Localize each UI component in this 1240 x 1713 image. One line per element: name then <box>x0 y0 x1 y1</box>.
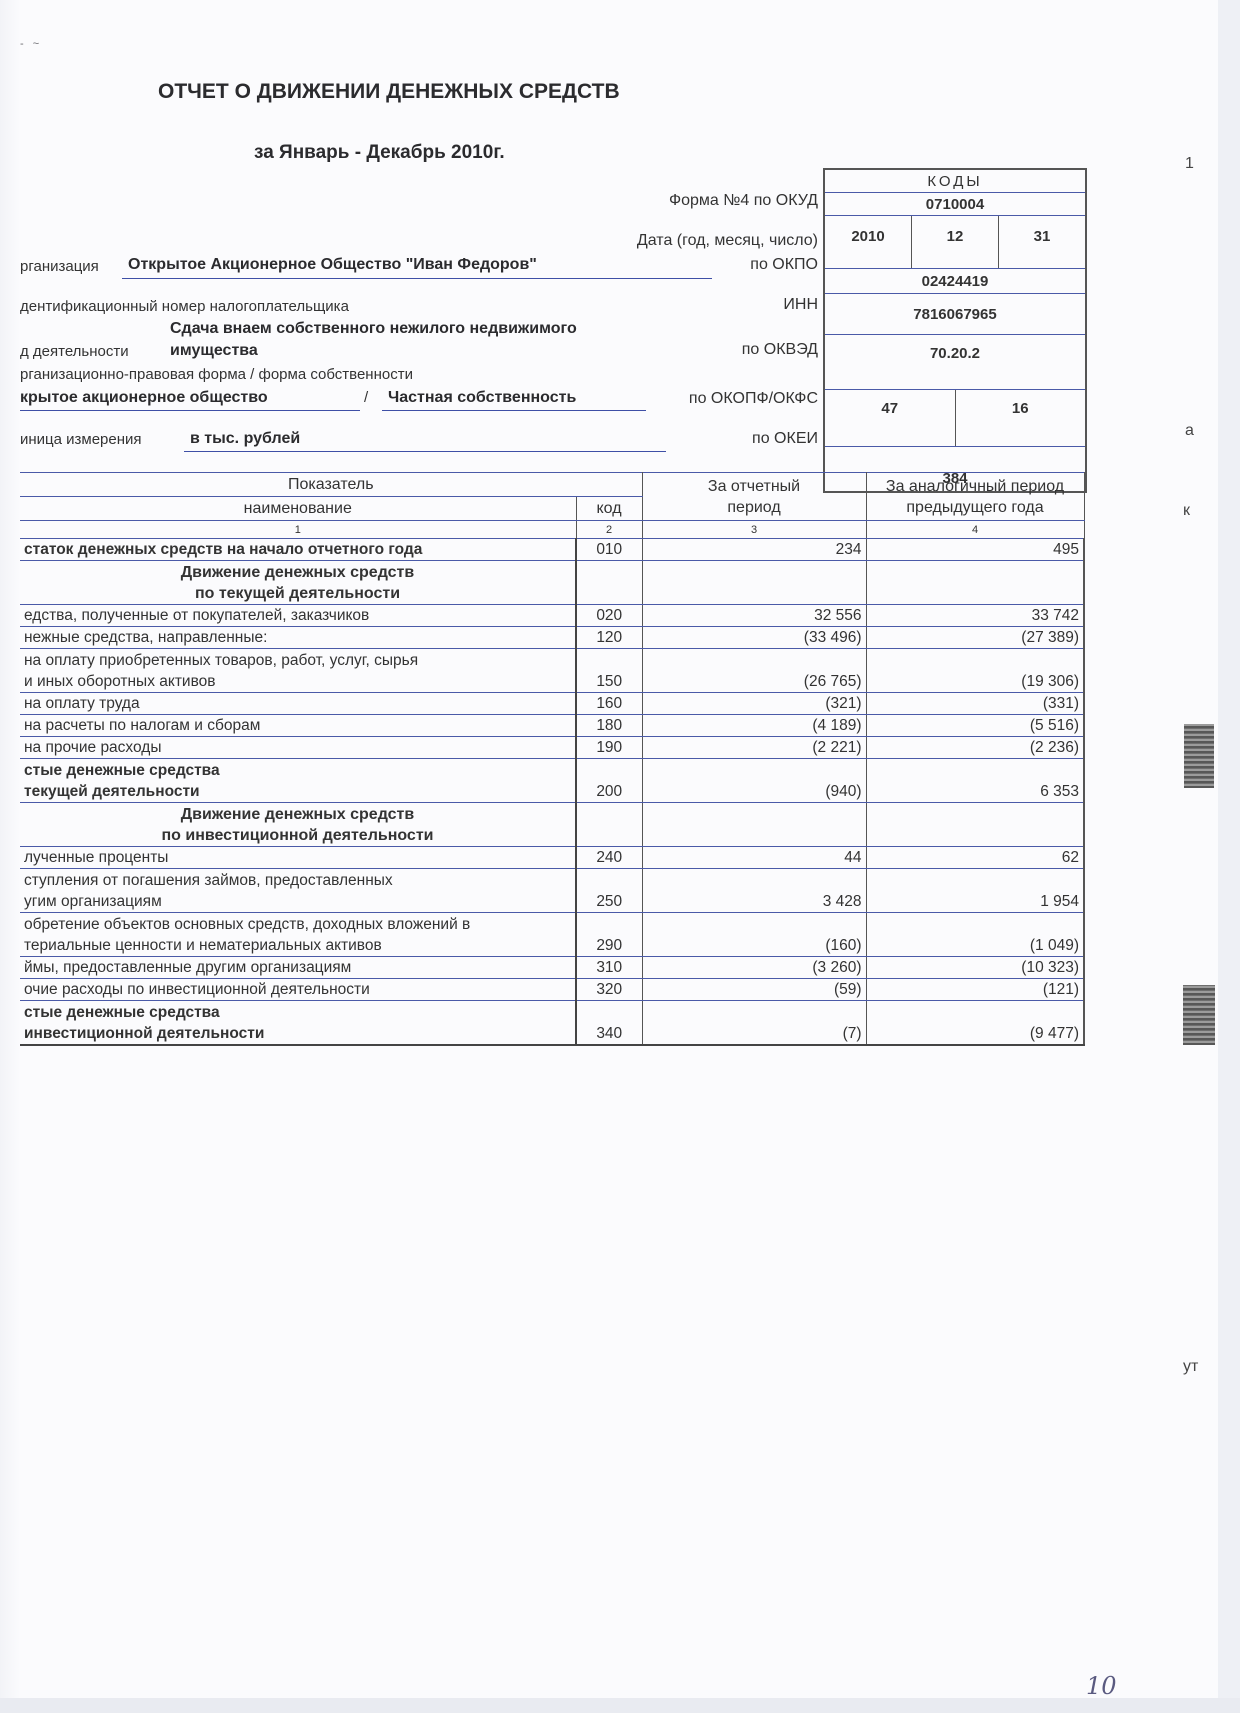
row-previous-value <box>866 561 1084 605</box>
row-code: 150 <box>576 649 642 693</box>
cash-flow-table: Показатель За отчетный период За аналоги… <box>20 472 1085 1046</box>
row-name: нежные средства, направленные: <box>20 627 576 649</box>
row-name-line: на оплату труда <box>24 693 571 714</box>
row-name-line: стые денежные средства <box>24 760 571 781</box>
scan-artifact: - ~ <box>20 38 42 50</box>
row-previous-value <box>866 803 1084 847</box>
row-current-value: 44 <box>642 847 866 869</box>
row-name: на оплату приобретенных товаров, работ, … <box>20 649 576 693</box>
row-code: 310 <box>576 957 642 979</box>
row-name: едства, полученные от покупателей, заказ… <box>20 605 576 627</box>
scan-smudge <box>1183 985 1215 1045</box>
date-year: 2010 <box>825 216 911 268</box>
row-name-line: териальные ценности и нематериальных акт… <box>24 935 571 956</box>
table-row: лученные проценты2404462 <box>20 847 1084 869</box>
row-current-value: (2 221) <box>642 737 866 759</box>
row-previous-value: (121) <box>866 979 1084 1001</box>
scan-edge-right <box>1218 0 1240 1713</box>
row-name: на прочие расходы <box>20 737 576 759</box>
organization-underline <box>122 278 712 279</box>
section-header-row: Движение денежных средствпо инвестиционн… <box>20 803 1084 847</box>
row-name-line: на прочие расходы <box>24 737 571 758</box>
table-row: ймы, предоставленные другим организациям… <box>20 957 1084 979</box>
row-code: 180 <box>576 715 642 737</box>
row-name-line: едства, полученные от покупателей, заказ… <box>24 605 571 626</box>
inn-code-label: ИНН <box>700 296 818 314</box>
codes-block: КОДЫ 0710004 2010 12 31 02424419 7816067… <box>823 168 1087 493</box>
table-row: на оплату приобретенных товаров, работ, … <box>20 649 1084 693</box>
col-number-1: 1 <box>20 521 576 539</box>
row-name-line: статок денежных средств на начало отчетн… <box>24 539 571 560</box>
row-code: 200 <box>576 759 642 803</box>
row-name-line: на расчеты по налогам и сборам <box>24 715 571 736</box>
page-number: 10 <box>1086 1672 1117 1700</box>
activity-value-line1: Сдача внаем собственного нежилого недвиж… <box>170 320 577 338</box>
legal-form-label: рганизационно-правовая форма / форма соб… <box>20 366 413 383</box>
section-title-line: Движение денежных средств <box>24 804 571 825</box>
legal-form-value: крытое акционерное общество <box>20 389 268 407</box>
okei-label: по ОКЕИ <box>680 430 818 448</box>
row-name-line: нежные средства, направленные: <box>24 627 571 648</box>
ownership-value: Частная собственность <box>388 389 576 407</box>
row-previous-value: 33 742 <box>866 605 1084 627</box>
row-code: 160 <box>576 693 642 715</box>
row-previous-value: (5 516) <box>866 715 1084 737</box>
activity-value-line2: имущества <box>170 342 258 360</box>
row-name: на расчеты по налогам и сборам <box>20 715 576 737</box>
ownership-underline <box>382 410 646 411</box>
header-previous-line1: За аналогичный период <box>871 476 1080 497</box>
table-row: на оплату труда160(321)(331) <box>20 693 1084 715</box>
row-current-value: (7) <box>642 1001 866 1045</box>
row-name-line: обретение объектов основных средств, дох… <box>24 914 571 935</box>
row-previous-value: (1 049) <box>866 913 1084 957</box>
row-current-value: (940) <box>642 759 866 803</box>
row-name: обретение объектов основных средств, дох… <box>20 913 576 957</box>
header-previous-period: За аналогичный период предыдущего года <box>866 473 1084 521</box>
okpo-code: 02424419 <box>825 269 1085 293</box>
activity-label: д деятельности <box>20 343 129 360</box>
table-row: ступления от погашения займов, предостав… <box>20 869 1084 913</box>
codes-header: КОДЫ <box>825 170 1085 192</box>
margin-bleed-text: 1 <box>1185 155 1194 173</box>
row-code: 320 <box>576 979 642 1001</box>
row-current-value: 234 <box>642 539 866 561</box>
section-title: Движение денежных средствпо инвестиционн… <box>20 803 576 847</box>
table-row: обретение объектов основных средств, дох… <box>20 913 1084 957</box>
inn-code: 7816067965 <box>825 294 1085 334</box>
row-previous-value: (27 389) <box>866 627 1084 649</box>
row-code <box>576 561 642 605</box>
table-row: стые денежные средстваинвестиционной дея… <box>20 1001 1084 1045</box>
legal-form-underline <box>20 410 360 411</box>
col-number-4: 4 <box>866 521 1084 539</box>
row-previous-value: (19 306) <box>866 649 1084 693</box>
row-name-line: ймы, предоставленные другим организациям <box>24 957 571 978</box>
section-title-line: по текущей деятельности <box>24 583 571 604</box>
okfs-code: 16 <box>955 390 1086 446</box>
row-name: ступления от погашения займов, предостав… <box>20 869 576 913</box>
row-name: очие расходы по инвестиционной деятельно… <box>20 979 576 1001</box>
row-previous-value: 62 <box>866 847 1084 869</box>
row-code: 010 <box>576 539 642 561</box>
row-code <box>576 803 642 847</box>
col-number-2: 2 <box>576 521 642 539</box>
date-label: Дата (год, месяц, число) <box>520 232 818 250</box>
row-current-value: 32 556 <box>642 605 866 627</box>
scan-edge-bottom <box>0 1698 1240 1713</box>
row-current-value <box>642 561 866 605</box>
document-title: ОТЧЕТ О ДВИЖЕНИИ ДЕНЕЖНЫХ СРЕДСТВ <box>158 80 620 104</box>
header-current-period: За отчетный период <box>642 473 866 521</box>
row-name-line: инвестиционной деятельности <box>24 1023 571 1044</box>
row-name: ймы, предоставленные другим организациям <box>20 957 576 979</box>
row-current-value: (160) <box>642 913 866 957</box>
row-current-value: 3 428 <box>642 869 866 913</box>
margin-bleed-text: а <box>1185 422 1194 440</box>
row-current-value: (33 496) <box>642 627 866 649</box>
section-header-row: Движение денежных средствпо текущей деят… <box>20 561 1084 605</box>
table-row: стые денежные средстватекущей деятельнос… <box>20 759 1084 803</box>
unit-label: иница измерения <box>20 431 142 448</box>
okud-code: 0710004 <box>825 193 1085 215</box>
header-code: код <box>576 497 642 521</box>
okopf-code: 47 <box>825 390 955 446</box>
organization-label: рганизация <box>20 258 99 275</box>
row-previous-value: (9 477) <box>866 1001 1084 1045</box>
row-code: 240 <box>576 847 642 869</box>
margin-bleed-text: ут <box>1183 1358 1198 1376</box>
table-row: нежные средства, направленные:120(33 496… <box>20 627 1084 649</box>
row-name: стые денежные средстваинвестиционной дея… <box>20 1001 576 1045</box>
organization-name: Открытое Акционерное Общество "Иван Федо… <box>128 256 537 274</box>
row-code: 020 <box>576 605 642 627</box>
scan-edge-left <box>0 0 20 1713</box>
header-current-line2: период <box>647 497 862 518</box>
row-name-line: ступления от погашения займов, предостав… <box>24 870 571 891</box>
report-period: за Январь - Декабрь 2010г. <box>254 142 505 164</box>
row-name: на оплату труда <box>20 693 576 715</box>
row-current-value: (321) <box>642 693 866 715</box>
header-previous-line2: предыдущего года <box>871 497 1080 518</box>
date-day: 31 <box>998 216 1085 268</box>
row-current-value: (4 189) <box>642 715 866 737</box>
row-code: 340 <box>576 1001 642 1045</box>
row-name-line: на оплату приобретенных товаров, работ, … <box>24 650 571 671</box>
okopf-label: по ОКОПФ/ОКФС <box>620 390 818 408</box>
row-name-line: лученные проценты <box>24 847 571 868</box>
table-row: статок денежных средств на начало отчетн… <box>20 539 1084 561</box>
row-name-line: очие расходы по инвестиционной деятельно… <box>24 979 571 1000</box>
legal-form-separator: / <box>364 389 368 406</box>
table-row: едства, полученные от покупателей, заказ… <box>20 605 1084 627</box>
row-previous-value: 6 353 <box>866 759 1084 803</box>
section-title: Движение денежных средствпо текущей деят… <box>20 561 576 605</box>
row-name-line: стые денежные средства <box>24 1002 571 1023</box>
row-previous-value: (331) <box>866 693 1084 715</box>
okpo-label: по ОКПО <box>700 256 818 274</box>
okud-label: Форма №4 по ОКУД <box>560 192 818 210</box>
header-current-line1: За отчетный <box>647 476 862 497</box>
row-code: 120 <box>576 627 642 649</box>
date-month: 12 <box>911 216 998 268</box>
row-previous-value: (10 323) <box>866 957 1084 979</box>
row-name: статок денежных средств на начало отчетн… <box>20 539 576 561</box>
row-previous-value: 1 954 <box>866 869 1084 913</box>
table-row: очие расходы по инвестиционной деятельно… <box>20 979 1084 1001</box>
unit-value: в тыс. рублей <box>190 430 300 448</box>
row-name-line: угим организациям <box>24 891 571 912</box>
row-current-value: (59) <box>642 979 866 1001</box>
row-name: лученные проценты <box>20 847 576 869</box>
header-indicator: Показатель <box>20 473 642 497</box>
okved-label: по ОКВЭД <box>680 341 818 359</box>
okved-code: 70.20.2 <box>825 335 1085 389</box>
unit-underline <box>184 451 666 452</box>
scan-smudge <box>1184 724 1214 788</box>
row-code: 190 <box>576 737 642 759</box>
header-name: наименование <box>20 497 576 521</box>
section-title-line: Движение денежных средств <box>24 562 571 583</box>
col-number-3: 3 <box>642 521 866 539</box>
margin-bleed-text: к <box>1183 502 1190 520</box>
section-title-line: по инвестиционной деятельности <box>24 825 571 846</box>
row-name-line: и иных оборотных активов <box>24 671 571 692</box>
row-current-value: (26 765) <box>642 649 866 693</box>
row-previous-value: (2 236) <box>866 737 1084 759</box>
row-name-line: текущей деятельности <box>24 781 571 802</box>
table-row: на расчеты по налогам и сборам180(4 189)… <box>20 715 1084 737</box>
row-current-value: (3 260) <box>642 957 866 979</box>
row-current-value <box>642 803 866 847</box>
row-code: 250 <box>576 869 642 913</box>
row-name: стые денежные средстватекущей деятельнос… <box>20 759 576 803</box>
row-code: 290 <box>576 913 642 957</box>
row-previous-value: 495 <box>866 539 1084 561</box>
taxpayer-id-label: дентификационный номер налогоплательщика <box>20 298 349 315</box>
table-row: на прочие расходы190(2 221)(2 236) <box>20 737 1084 759</box>
